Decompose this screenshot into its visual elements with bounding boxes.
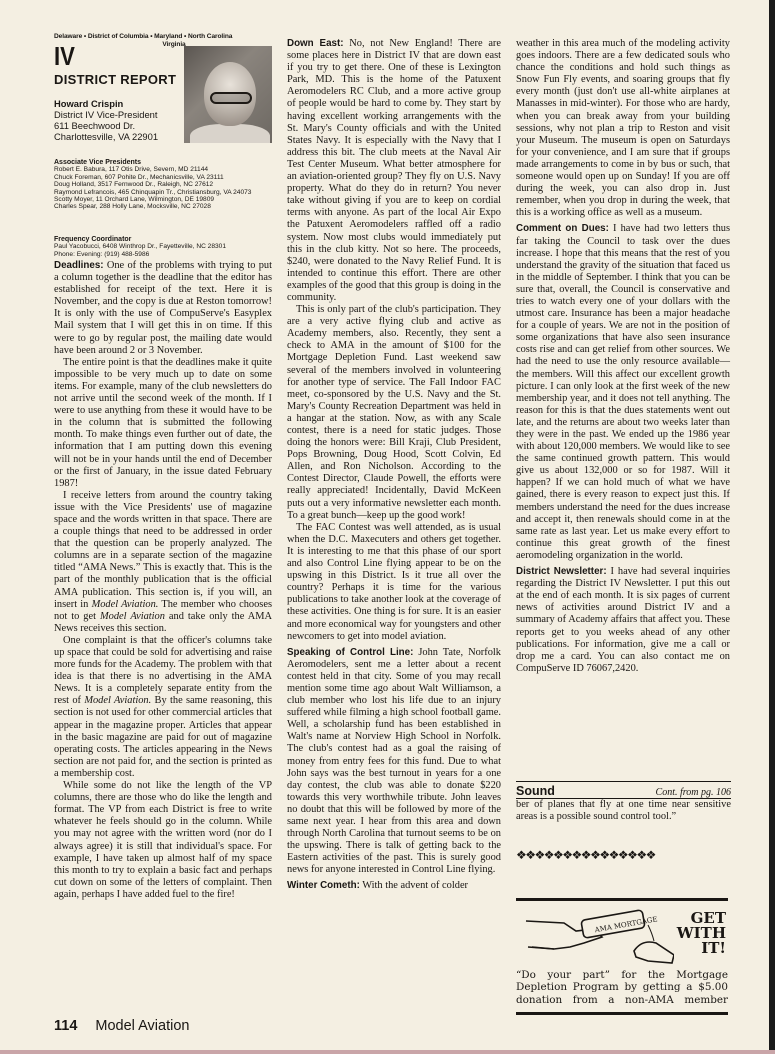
ad-body: “Do your part” for the Mortgage Depletio… — [516, 969, 728, 1006]
sound-continuation: Sound Cont. from pg. 106 ber of planes t… — [516, 781, 731, 823]
associate-item: Scotty Moyer, 11 Orchard Lane, Wilmingto… — [54, 196, 284, 203]
down-east-heading: Down East: — [287, 38, 344, 49]
diamond-ornament-icon: ❖❖❖❖❖❖❖❖❖❖❖❖❖❖❖ — [516, 848, 655, 863]
column-2: Down East: No, not New England! There ar… — [287, 38, 501, 893]
frequency-address: Paul Yacobucci, 6408 Winthrop Dr., Fayet… — [54, 243, 284, 250]
paragraph: Deadlines: One of the problems with tryi… — [54, 260, 272, 357]
paragraph: The FAC Contest was well attended, as is… — [287, 522, 501, 643]
control-line-heading: Speaking of Control Line: — [287, 647, 413, 658]
paragraph: District Newsletter: I have had several … — [516, 566, 730, 675]
page-footer: 114Model Aviation — [54, 1018, 189, 1034]
paragraph: The entire point is that the deadlines m… — [54, 357, 272, 490]
ad-headline: GET WITH IT! — [677, 911, 726, 956]
paragraph: One complaint is that the officer's colu… — [54, 635, 272, 780]
paragraph: weather in this area much of the modelin… — [516, 38, 730, 219]
associate-vps-heading: Associate Vice Presidents — [54, 159, 284, 166]
mortgage-ad: AMA MORTGAGE GET WITH IT! “Do your part”… — [516, 898, 728, 1015]
vp-name: Howard Crispin — [54, 98, 184, 109]
paragraph: Speaking of Control Line: John Tate, Nor… — [287, 647, 501, 877]
page-binding-edge — [769, 0, 775, 1054]
publication-name: Model Aviation — [95, 1018, 189, 1034]
sound-title: Sound — [516, 784, 555, 798]
associate-vps: Associate Vice Presidents Robert E. Babu… — [54, 159, 284, 211]
associate-item: Robert E. Babura, 117 Otis Drive, Severn… — [54, 166, 284, 173]
frequency-coordinator: Frequency Coordinator Paul Yacobucci, 64… — [54, 236, 284, 258]
section-title: DISTRICT REPORT — [54, 72, 176, 87]
paragraph: While some do not like the length of the… — [54, 780, 272, 901]
deadlines-heading: Deadlines: — [54, 260, 104, 271]
winter-cometh-heading: Winter Cometh: — [287, 880, 360, 891]
paragraph: This is only part of the club's particip… — [287, 304, 501, 522]
dues-heading: Comment on Dues: — [516, 223, 609, 234]
associate-item: Doug Holland, 3517 Fernwood Dr., Raleigh… — [54, 181, 284, 188]
sound-header: Sound Cont. from pg. 106 — [516, 782, 731, 799]
continued-from-link[interactable]: Cont. from pg. 106 — [656, 787, 731, 798]
column-3: weather in this area much of the modelin… — [516, 38, 730, 675]
paragraph: Comment on Dues: I have had two letters … — [516, 223, 730, 562]
frequency-phone: Phone: Evening: (919) 488-5986 — [54, 251, 284, 258]
frequency-heading: Frequency Coordinator — [54, 236, 284, 243]
associate-item: Chuck Foreman, 607 Pohite Dr., Mechanics… — [54, 174, 284, 181]
states-line: Delaware • District of Columbia • Maryla… — [54, 33, 232, 40]
page-number: 114 — [54, 1018, 77, 1034]
paragraph: I receive letters from around the countr… — [54, 490, 272, 635]
associate-item: Raymond Lefrancois, 465 Chinquapin Tr., … — [54, 189, 266, 196]
district-number: IV — [54, 43, 75, 69]
column-1: Deadlines: One of the problems with tryi… — [54, 260, 272, 901]
vp-address-line2: Charlottesville, VA 22901 — [54, 131, 184, 142]
vp-address-line1: 611 Beechwood Dr. — [54, 120, 184, 131]
paragraph: Down East: No, not New England! There ar… — [287, 38, 501, 304]
newsletter-heading: District Newsletter: — [516, 566, 607, 577]
portrait-photo-icon — [184, 46, 272, 143]
handing-over-scroll-icon: AMA MORTGAGE — [524, 907, 674, 965]
page-bottom-edge — [0, 1050, 775, 1054]
vp-title: District IV Vice-President — [54, 109, 184, 120]
associate-item: Charles Spear, 288 Holly Lane, Mocksvill… — [54, 203, 284, 210]
sound-text: ber of planes that fly at one time near … — [516, 799, 731, 823]
paragraph: Winter Cometh: With the advent of colder — [287, 880, 501, 892]
vice-president-contact: Howard Crispin District IV Vice-Presiden… — [54, 98, 184, 142]
